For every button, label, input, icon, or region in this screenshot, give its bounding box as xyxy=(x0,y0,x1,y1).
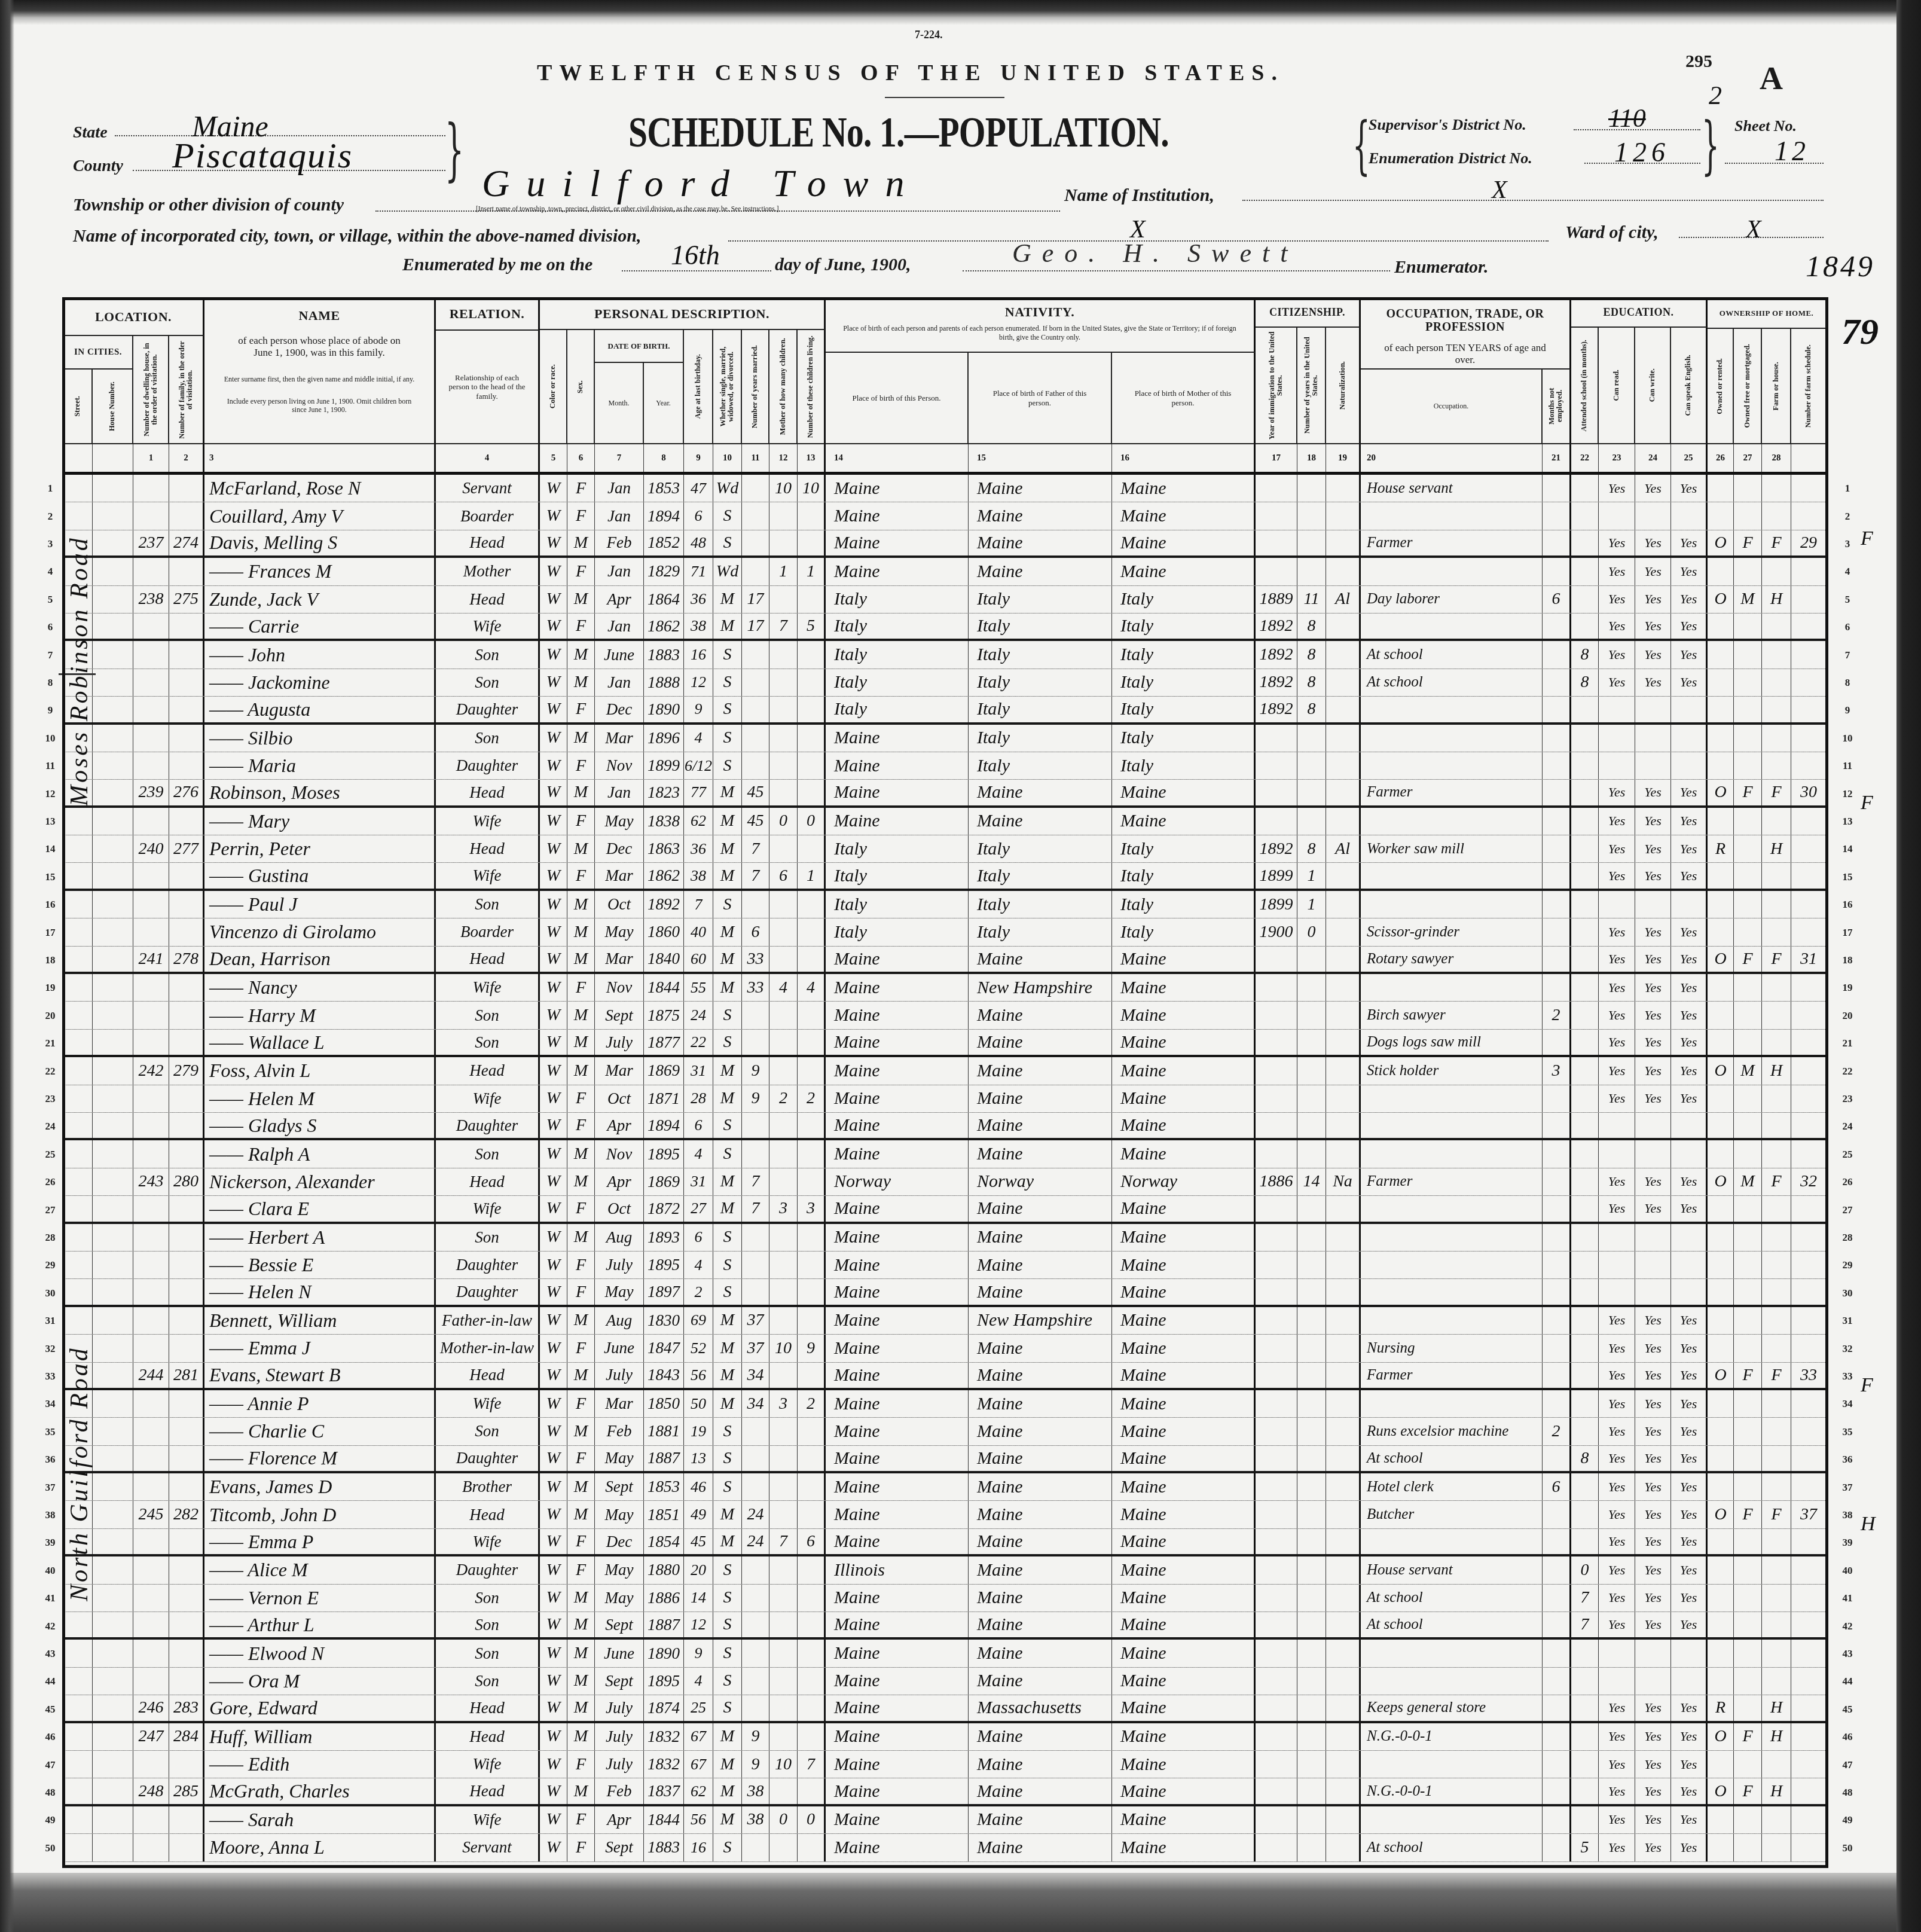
years-in-us-cell: 0 xyxy=(1297,918,1326,945)
sex-cell: M xyxy=(567,1695,595,1720)
children-living-cell xyxy=(798,1556,826,1583)
dwelling-cell: 240 xyxy=(133,835,169,862)
header-can-read: Can read. xyxy=(1599,328,1635,444)
year-cell: 1829 xyxy=(644,558,684,585)
line-number-left: 48 xyxy=(39,1779,61,1806)
year-cell: 1897 xyxy=(644,1279,684,1304)
speaks-english-cell xyxy=(1671,1140,1708,1167)
house-number-cell xyxy=(93,1778,133,1803)
relation-cell: Wife xyxy=(436,863,540,888)
father-birthplace-cell: Norway xyxy=(969,1168,1112,1195)
years-in-us-cell xyxy=(1297,1751,1326,1778)
family-cell: 279 xyxy=(169,1057,204,1084)
age-cell: 13 xyxy=(684,1446,713,1471)
name-cell: Zunde, Jack V xyxy=(204,586,436,613)
years-married-label: Number of years married. xyxy=(751,345,759,428)
years-married-cell: 34 xyxy=(742,1390,769,1417)
marital-cell: S xyxy=(713,752,742,779)
house-number-cell xyxy=(93,1224,133,1251)
line-number-right: 7 xyxy=(1837,641,1858,669)
years-in-us-cell xyxy=(1297,1723,1326,1750)
children-living-cell xyxy=(798,1723,826,1750)
color-cell: W xyxy=(540,1085,567,1112)
color-cell: W xyxy=(540,641,567,668)
age-cell: 36 xyxy=(684,586,713,613)
brace-icon: { xyxy=(1352,109,1370,182)
house-number-cell xyxy=(93,530,133,556)
table-row: —— SarahWifeWFApr184456M3800MaineMaineMa… xyxy=(64,1806,1827,1834)
in-cities-label: IN CITIES. xyxy=(74,347,122,358)
farm-schedule-label: Number of farm schedule. xyxy=(1804,344,1812,428)
immigration-year-cell xyxy=(1256,1695,1297,1720)
age-cell: 12 xyxy=(684,669,713,696)
name-cell: —— Ora M xyxy=(204,1668,436,1695)
family-cell xyxy=(169,1612,204,1637)
family-cell xyxy=(169,669,204,696)
color-cell: W xyxy=(540,1612,567,1637)
mother-of-cell xyxy=(769,1612,798,1637)
name-cell: McGrath, Charles xyxy=(204,1778,436,1803)
sheet-label: Sheet No. xyxy=(1734,117,1797,135)
can-write-cell: Yes xyxy=(1635,530,1671,556)
color-cell: W xyxy=(540,1778,567,1803)
free-mortgaged-cell xyxy=(1734,1446,1762,1471)
mother-of-label: Mother of how many children. xyxy=(779,338,787,435)
sex-cell: F xyxy=(567,1279,595,1304)
years-married-cell: 37 xyxy=(742,1307,769,1334)
family-cell xyxy=(169,891,204,918)
speaks-english-cell: Yes xyxy=(1671,1363,1708,1388)
table-row: 246283Gore, EdwardHeadWMJuly187425SMaine… xyxy=(64,1695,1827,1723)
month-cell: Nov xyxy=(595,974,644,1001)
year-cell: 1844 xyxy=(644,1806,684,1833)
mother-of-cell xyxy=(769,1834,798,1861)
speaks-english-cell: Yes xyxy=(1671,1307,1708,1334)
ward-label: Ward of city, xyxy=(1565,222,1659,243)
children-living-cell xyxy=(798,1473,826,1500)
line-number-left: 28 xyxy=(39,1224,61,1252)
owned-rented-cell xyxy=(1708,697,1734,722)
street-cell xyxy=(64,1085,93,1112)
mother-birthplace-cell: Italy xyxy=(1112,614,1256,639)
line-number-left: 25 xyxy=(39,1141,61,1168)
years-in-us-cell xyxy=(1297,1446,1326,1471)
birthplace-cell: Maine xyxy=(826,808,969,835)
occupation-cell xyxy=(1361,1196,1543,1221)
age-cell: 47 xyxy=(684,475,713,502)
farm-house-cell xyxy=(1762,1224,1791,1251)
school-months-cell xyxy=(1571,1196,1599,1221)
marital-cell: M xyxy=(713,1723,742,1750)
months-unemployed-cell xyxy=(1543,1252,1571,1278)
school-months-cell: 5 xyxy=(1571,1834,1599,1861)
can-read-cell xyxy=(1599,502,1635,529)
immigration-year-cell xyxy=(1256,1390,1297,1417)
naturalization-cell: Al xyxy=(1326,835,1361,862)
mother-birthplace-label: Place of birth of Mother of this person. xyxy=(1112,389,1254,407)
marital-cell: S xyxy=(713,1556,742,1583)
years-in-us-cell xyxy=(1297,530,1326,556)
mother-of-cell: 1 xyxy=(769,558,798,585)
months-unemployed-cell xyxy=(1543,1668,1571,1695)
mother-of-cell xyxy=(769,1307,798,1334)
mother-birthplace-cell: Maine xyxy=(1112,947,1256,972)
school-months-cell xyxy=(1571,835,1599,862)
school-months-cell xyxy=(1571,1363,1599,1388)
color-cell: W xyxy=(540,918,567,945)
dwelling-cell xyxy=(133,1418,169,1445)
free-mortgaged-cell xyxy=(1734,1612,1762,1637)
line-number-right: 10 xyxy=(1837,725,1858,752)
birthplace-cell: Maine xyxy=(826,725,969,752)
farm-schedule-cell xyxy=(1791,586,1827,613)
occupation-cell xyxy=(1361,1085,1543,1112)
speaks-english-cell: Yes xyxy=(1671,641,1708,668)
header-family: Number of family, in the order of visita… xyxy=(169,336,204,444)
years-married-cell: 33 xyxy=(742,947,769,972)
mother-of-cell xyxy=(769,1113,798,1138)
children-living-cell xyxy=(798,1140,826,1167)
farm-schedule-cell xyxy=(1791,752,1827,779)
year-cell: 1847 xyxy=(644,1335,684,1362)
birthplace-cell: Norway xyxy=(826,1168,969,1195)
can-read-cell: Yes xyxy=(1599,947,1635,972)
relation-cell: Head xyxy=(436,947,540,972)
farm-house-cell xyxy=(1762,1529,1791,1554)
years-married-cell xyxy=(742,1612,769,1637)
months-unemployed-cell xyxy=(1543,1085,1571,1112)
can-read-cell xyxy=(1599,1224,1635,1251)
can-write-cell: Yes xyxy=(1635,1363,1671,1388)
age-cell: 36 xyxy=(684,835,713,862)
header-in-cities: IN CITIES. xyxy=(64,336,133,370)
father-birthplace-cell: Maine xyxy=(969,1806,1112,1833)
sex-cell: M xyxy=(567,1418,595,1445)
mother-birthplace-cell: Maine xyxy=(1112,1279,1256,1304)
marital-cell: M xyxy=(713,863,742,888)
table-row: 248285McGrath, CharlesHeadWMFeb183762M38… xyxy=(64,1778,1827,1806)
speaks-english-cell: Yes xyxy=(1671,1501,1708,1528)
relation-cell: Son xyxy=(436,725,540,752)
months-unemployed-cell xyxy=(1543,641,1571,668)
line-number-right: 4 xyxy=(1837,558,1858,585)
occupation-cell: N.G.-0-0-1 xyxy=(1361,1778,1543,1803)
state-label: State xyxy=(73,123,108,142)
name-cell: —— Silbio xyxy=(204,725,436,752)
occupation-cell xyxy=(1361,697,1543,722)
school-months-cell: 0 xyxy=(1571,1556,1599,1583)
farm-house-cell xyxy=(1762,863,1791,888)
house-number-cell xyxy=(93,1307,133,1334)
naturalization-cell xyxy=(1326,1501,1361,1528)
line-number-right: 47 xyxy=(1837,1751,1858,1778)
table-row: —— JohnSonWMJune188316SItalyItalyItaly18… xyxy=(64,641,1827,669)
mother-of-cell xyxy=(769,1279,798,1304)
name-cell: Perrin, Peter xyxy=(204,835,436,862)
age-cell: 71 xyxy=(684,558,713,585)
line-number-left: 47 xyxy=(39,1751,61,1778)
free-mortgaged-cell xyxy=(1734,1140,1762,1167)
can-read-cell: Yes xyxy=(1599,974,1635,1001)
immigration-year-cell xyxy=(1256,1806,1297,1833)
can-write-cell: Yes xyxy=(1635,863,1671,888)
farm-schedule-cell xyxy=(1791,1751,1827,1778)
school-months-cell: 8 xyxy=(1571,669,1599,696)
house-number-cell xyxy=(93,835,133,862)
family-cell xyxy=(169,1085,204,1112)
occupation-cell: Rotary sawyer xyxy=(1361,947,1543,972)
months-unemployed-cell: 6 xyxy=(1543,1473,1571,1500)
month-cell: Apr xyxy=(595,586,644,613)
occupation-cell xyxy=(1361,1224,1543,1251)
header-month: Month. xyxy=(595,363,644,444)
mother-birthplace-cell: Maine xyxy=(1112,1418,1256,1445)
months-unemployed-label: Months not employed. xyxy=(1548,371,1563,441)
can-read-cell xyxy=(1599,1640,1635,1667)
family-label: Number of family, in the order of visita… xyxy=(178,338,194,441)
occupation-cell xyxy=(1361,974,1543,1001)
color-cell: W xyxy=(540,1529,567,1554)
year-cell: 1850 xyxy=(644,1390,684,1417)
free-mortgaged-cell: M xyxy=(1734,586,1762,613)
house-number-cell xyxy=(93,725,133,752)
age-cell: 50 xyxy=(684,1390,713,1417)
header-marital: Whether single, married, widowed, or div… xyxy=(713,330,742,444)
marital-cell: S xyxy=(713,1473,742,1500)
sex-cell: F xyxy=(567,752,595,779)
family-column-number: 2 xyxy=(169,444,204,472)
owned-rented-cell: R xyxy=(1708,835,1734,862)
color-cell: W xyxy=(540,891,567,918)
sex-cell: F xyxy=(567,502,595,529)
can-write-cell: Yes xyxy=(1635,475,1671,502)
line-number-left: 24 xyxy=(39,1113,61,1140)
free-mortgaged-cell xyxy=(1734,1030,1762,1055)
farm-house-cell xyxy=(1762,1113,1791,1138)
children-living-cell xyxy=(798,1778,826,1803)
month-cell: July xyxy=(595,1695,644,1720)
color-cell: W xyxy=(540,947,567,972)
color-cell: W xyxy=(540,1585,567,1611)
table-row: 241278Dean, HarrisonHeadWMMar184060M33Ma… xyxy=(64,947,1827,974)
color-cell: W xyxy=(540,974,567,1001)
marital-cell: M xyxy=(713,1307,742,1334)
months-unemployed-cell xyxy=(1543,752,1571,779)
mother-birthplace-cell: Maine xyxy=(1112,1446,1256,1471)
header-occupation-group: OCCUPATION, TRADE, OR PROFESSION of each… xyxy=(1361,299,1571,370)
farm-house-cell xyxy=(1762,1446,1791,1471)
naturalization-cell xyxy=(1326,1834,1361,1861)
can-read-label: Can read. xyxy=(1612,370,1620,401)
birthplace-cell: Maine xyxy=(826,1224,969,1251)
age-cell: 14 xyxy=(684,1585,713,1611)
naturalization-cell xyxy=(1326,918,1361,945)
month-cell: July xyxy=(595,1363,644,1388)
school-months-cell xyxy=(1571,502,1599,529)
name-cell: —— Florence M xyxy=(204,1446,436,1471)
farm-schedule-cell xyxy=(1791,835,1827,862)
age-cell: 49 xyxy=(684,1501,713,1528)
age-cell: 19 xyxy=(684,1418,713,1445)
relation-cell: Daughter xyxy=(436,1279,540,1304)
speaks-english-cell: Yes xyxy=(1671,1723,1708,1750)
occupation-cell: At school xyxy=(1361,1446,1543,1471)
years-in-us-cell xyxy=(1297,1113,1326,1138)
year-column-number: 8 xyxy=(644,444,684,472)
children-living-cell: 0 xyxy=(798,808,826,835)
immigration-year-cell: 1892 xyxy=(1256,614,1297,639)
dwelling-cell xyxy=(133,808,169,835)
dwelling-cell xyxy=(133,891,169,918)
line-number-right: 34 xyxy=(1837,1390,1858,1418)
table-row: —— Helen NDaughterWFMay18972SMaineMaineM… xyxy=(64,1279,1827,1307)
mother-birthplace-cell: Maine xyxy=(1112,1057,1256,1084)
school-months-cell xyxy=(1571,1473,1599,1500)
header-citizenship: CITIZENSHIP. xyxy=(1256,299,1361,328)
year-cell: 1853 xyxy=(644,1473,684,1500)
age-cell: 24 xyxy=(684,1002,713,1028)
dwelling-label: Number of dwelling house, in the order o… xyxy=(143,338,158,441)
birthplace-cell: Maine xyxy=(826,1390,969,1417)
immigration-year-cell xyxy=(1256,1640,1297,1667)
father-birthplace-cell: Italy xyxy=(969,586,1112,613)
dwelling-cell: 246 xyxy=(133,1695,169,1720)
year-cell: 1843 xyxy=(644,1363,684,1388)
farm-schedule-cell xyxy=(1791,1640,1827,1667)
sex-cell: F xyxy=(567,1252,595,1278)
years-married-cell xyxy=(742,558,769,585)
father-birthplace-cell: Maine xyxy=(969,1002,1112,1028)
occupation-cell xyxy=(1361,863,1543,888)
years-in-us-cell: 8 xyxy=(1297,614,1326,639)
house-number-cell xyxy=(93,947,133,972)
free-mortgaged-cell xyxy=(1734,475,1762,502)
name-cell: —— Helen N xyxy=(204,1279,436,1304)
farm-house-cell: F xyxy=(1762,1501,1791,1528)
month-cell: Aug xyxy=(595,1224,644,1251)
can-read-cell xyxy=(1599,752,1635,779)
birthplace-cell: Maine xyxy=(826,1668,969,1695)
birthplace-cell: Maine xyxy=(826,947,969,972)
family-cell: 274 xyxy=(169,530,204,556)
can-write-cell xyxy=(1635,752,1671,779)
family-cell: 285 xyxy=(169,1778,204,1803)
house-number-cell xyxy=(93,1695,133,1720)
mother-birthplace-cell: Maine xyxy=(1112,1751,1256,1778)
owned-rented-cell xyxy=(1708,891,1734,918)
color-cell: W xyxy=(540,1446,567,1471)
mother-birthplace-cell: Italy xyxy=(1112,863,1256,888)
house-number-cell xyxy=(93,586,133,613)
naturalization-cell xyxy=(1326,530,1361,556)
years-in-us-cell xyxy=(1297,1612,1326,1637)
header-birthplace: Place of birth of this Person. xyxy=(826,353,969,444)
ownership-title: OWNERSHIP OF HOME. xyxy=(1720,309,1814,318)
can-write-cell: Yes xyxy=(1635,1585,1671,1611)
can-read-cell: Yes xyxy=(1599,669,1635,696)
line-number-right: 39 xyxy=(1837,1529,1858,1556)
relation-cell: Son xyxy=(436,1418,540,1445)
line-number-left: 27 xyxy=(39,1196,61,1223)
can-write-cell xyxy=(1635,891,1671,918)
month-cell: Jan xyxy=(595,780,644,805)
dwelling-cell xyxy=(133,1030,169,1055)
marital-cell: S xyxy=(713,1446,742,1471)
children-living-cell: 4 xyxy=(798,974,826,1001)
free-mortgaged-cell xyxy=(1734,1307,1762,1334)
speaks-english-cell: Yes xyxy=(1671,1418,1708,1445)
can-read-column-number: 23 xyxy=(1599,444,1635,472)
school-months-cell xyxy=(1571,1640,1599,1667)
relation-cell: Wife xyxy=(436,974,540,1001)
sex-cell: F xyxy=(567,1529,595,1554)
free-mortgaged-cell xyxy=(1734,1335,1762,1362)
occupation-description: of each person TEN YEARS of age and over… xyxy=(1361,342,1569,365)
color-cell: W xyxy=(540,1390,567,1417)
years-married-cell: 7 xyxy=(742,863,769,888)
school-months-cell xyxy=(1571,1529,1599,1554)
relation-description: Relationship of each person to the head … xyxy=(436,373,538,401)
table-row: —— Paul JSonWMOct18927SItalyItalyItaly18… xyxy=(64,891,1827,918)
mother-birthplace-cell: Maine xyxy=(1112,1501,1256,1528)
month-cell: Mar xyxy=(595,725,644,752)
sex-cell: F xyxy=(567,475,595,502)
can-read-cell: Yes xyxy=(1599,1335,1635,1362)
month-cell: Aug xyxy=(595,1307,644,1334)
sheet-value: 12 xyxy=(1775,135,1809,167)
county-value: Piscataquis xyxy=(172,135,353,176)
dwelling-cell xyxy=(133,614,169,639)
relation-cell: Son xyxy=(436,1640,540,1667)
can-read-cell: Yes xyxy=(1599,1002,1635,1028)
speaks-english-cell: Yes xyxy=(1671,558,1708,585)
header-farm-house: Farm or house. xyxy=(1762,329,1791,444)
line-number-right: 36 xyxy=(1837,1446,1858,1473)
relation-cell: Son xyxy=(436,1030,540,1055)
can-write-cell: Yes xyxy=(1635,586,1671,613)
school-months-cell xyxy=(1571,475,1599,502)
header-years-in-us: Number of years in the United States. xyxy=(1297,328,1326,444)
farm-house-column-number: 28 xyxy=(1762,444,1791,472)
can-read-cell: Yes xyxy=(1599,586,1635,613)
immigration-year-cell xyxy=(1256,1473,1297,1500)
line-number-right: 19 xyxy=(1837,974,1858,1002)
can-write-cell: Yes xyxy=(1635,1085,1671,1112)
farm-house-cell xyxy=(1762,1307,1791,1334)
occupation-column-number: 20 xyxy=(1361,444,1543,472)
table-row: —— NancyWifeWFNov184455M3344MaineNew Ham… xyxy=(64,974,1827,1002)
owned-rented-cell xyxy=(1708,1529,1734,1554)
owned-rented-cell: O xyxy=(1708,1057,1734,1084)
age-cell: 77 xyxy=(684,780,713,805)
father-birthplace-cell: Maine xyxy=(969,1279,1112,1304)
sex-cell: M xyxy=(567,1473,595,1500)
farm-house-cell xyxy=(1762,1556,1791,1583)
immigration-year-cell xyxy=(1256,1556,1297,1583)
age-cell: 31 xyxy=(684,1168,713,1195)
house-number-cell xyxy=(93,752,133,779)
table-row: 237274Davis, Melling SHeadWMFeb185248SMa… xyxy=(64,530,1827,558)
can-write-cell xyxy=(1635,1252,1671,1278)
farm-house-cell xyxy=(1762,558,1791,585)
color-cell: W xyxy=(540,614,567,639)
month-column-number: 7 xyxy=(595,444,644,472)
can-write-cell: Yes xyxy=(1635,1612,1671,1637)
father-birthplace-cell: Maine xyxy=(969,1585,1112,1611)
mother-of-cell: 2 xyxy=(769,1085,798,1112)
sex-cell: M xyxy=(567,780,595,805)
line-number-left: 11 xyxy=(39,752,61,780)
